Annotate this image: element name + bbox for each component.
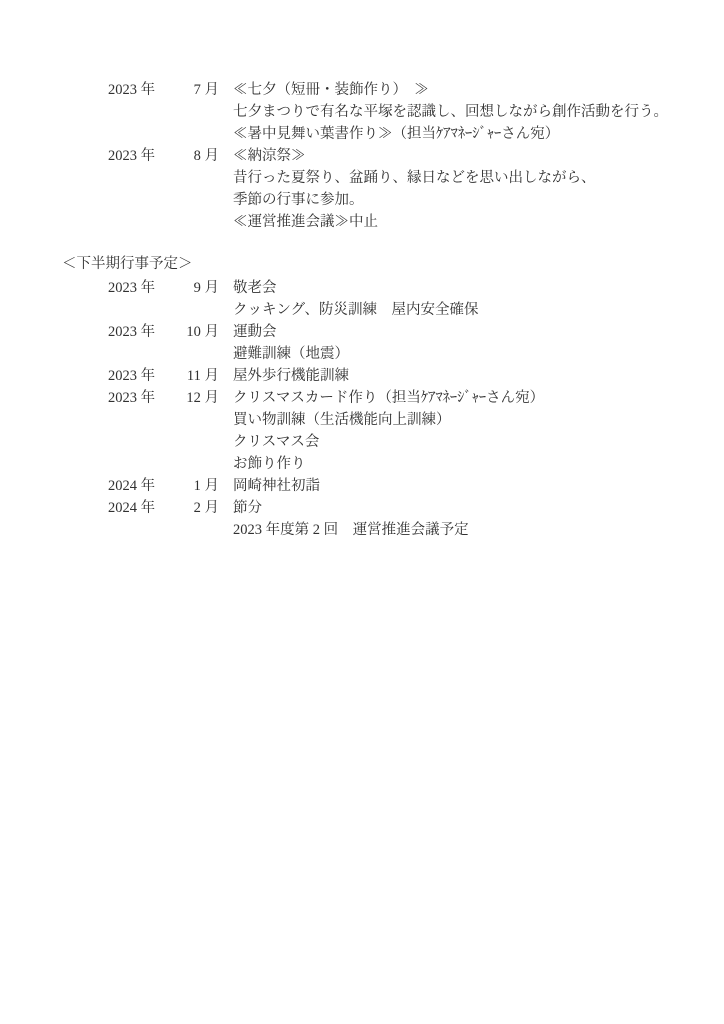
date-month: 9 月 bbox=[194, 277, 219, 299]
date-month: 12 月 bbox=[186, 387, 219, 409]
date-month: 2 月 bbox=[194, 497, 219, 519]
document-page: 2023 年 7 月 ≪七夕（短冊・装飾作り） ≫ 七夕まつりで有名な平塚を認識… bbox=[0, 0, 724, 1024]
date-year: 2023 年 bbox=[108, 321, 155, 343]
date-cell bbox=[108, 519, 233, 541]
date-cell bbox=[108, 299, 233, 321]
date-cell: 2023 年 9 月 bbox=[108, 277, 233, 299]
event-text: 岡崎神社初詣 bbox=[233, 475, 320, 497]
section-heading: ＜下半期行事予定＞ bbox=[62, 253, 193, 275]
date-cell bbox=[108, 431, 233, 453]
event-text: ≪暑中見舞い葉書作り≫（担当ｹｱﾏﾈｰｼﾞｬｰさん宛） bbox=[233, 123, 559, 145]
event-text: 2023 年度第 2 回 運営推進会議予定 bbox=[233, 519, 469, 541]
date-month: 11 月 bbox=[187, 365, 219, 387]
event-text: 運動会 bbox=[233, 321, 277, 343]
schedule-row: 季節の行事に参加。 bbox=[108, 189, 668, 211]
first-half-schedule: 2023 年 7 月 ≪七夕（短冊・装飾作り） ≫ 七夕まつりで有名な平塚を認識… bbox=[108, 79, 668, 233]
date-month: 8 月 bbox=[194, 145, 219, 167]
schedule-row: 2023 年 8 月 ≪納涼祭≫ bbox=[108, 145, 668, 167]
date-year: 2023 年 bbox=[108, 145, 155, 167]
event-text: ≪運営推進会議≫中止 bbox=[233, 211, 378, 233]
date-cell bbox=[108, 189, 233, 211]
date-cell: 2023 年 7 月 bbox=[108, 79, 233, 101]
schedule-row: 避難訓練（地震） bbox=[108, 343, 544, 365]
schedule-row: 2024 年 2 月 節分 bbox=[108, 497, 544, 519]
event-text: 七夕まつりで有名な平塚を認識し、回想しながら創作活動を行う。 bbox=[233, 101, 668, 123]
event-text: 避難訓練（地震） bbox=[233, 343, 349, 365]
date-month: 10 月 bbox=[186, 321, 219, 343]
event-text: 屋外歩行機能訓練 bbox=[233, 365, 349, 387]
date-month: 7 月 bbox=[194, 79, 219, 101]
date-cell: 2023 年 12 月 bbox=[108, 387, 233, 409]
date-year: 2023 年 bbox=[108, 277, 155, 299]
schedule-row: 2023 年 9 月 敬老会 bbox=[108, 277, 544, 299]
schedule-row: 2023 年 7 月 ≪七夕（短冊・装飾作り） ≫ bbox=[108, 79, 668, 101]
date-cell bbox=[108, 101, 233, 123]
schedule-row: 2023 年 10 月 運動会 bbox=[108, 321, 544, 343]
event-text: 季節の行事に参加。 bbox=[233, 189, 364, 211]
date-month: 1 月 bbox=[194, 475, 219, 497]
second-half-schedule: 2023 年 9 月 敬老会 クッキング、防災訓練 屋内安全確保 2023 年 … bbox=[108, 277, 544, 541]
schedule-row: 昔行った夏祭り、盆踊り、縁日などを思い出しながら、 bbox=[108, 167, 668, 189]
date-year: 2023 年 bbox=[108, 79, 155, 101]
event-text: クリスマス会 bbox=[233, 431, 319, 453]
event-text: 買い物訓練（生活機能向上訓練） bbox=[233, 409, 451, 431]
date-cell bbox=[108, 123, 233, 145]
schedule-row: 2023 年 12 月 クリスマスカード作り（担当ｹｱﾏﾈｰｼﾞｬｰさん宛） bbox=[108, 387, 544, 409]
schedule-row: 七夕まつりで有名な平塚を認識し、回想しながら創作活動を行う。 bbox=[108, 101, 668, 123]
event-text: 節分 bbox=[233, 497, 262, 519]
schedule-row: 2023 年 11 月 屋外歩行機能訓練 bbox=[108, 365, 544, 387]
date-cell: 2023 年 11 月 bbox=[108, 365, 233, 387]
schedule-row: 買い物訓練（生活機能向上訓練） bbox=[108, 409, 544, 431]
event-text: ≪納涼祭≫ bbox=[233, 145, 306, 167]
date-year: 2023 年 bbox=[108, 365, 155, 387]
schedule-row: 2024 年 1 月 岡崎神社初詣 bbox=[108, 475, 544, 497]
date-cell bbox=[108, 409, 233, 431]
date-year: 2024 年 bbox=[108, 475, 155, 497]
event-text: 昔行った夏祭り、盆踊り、縁日などを思い出しながら、 bbox=[233, 167, 596, 189]
schedule-row: ≪運営推進会議≫中止 bbox=[108, 211, 668, 233]
event-text: クッキング、防災訓練 屋内安全確保 bbox=[233, 299, 478, 321]
schedule-row: お飾り作り bbox=[108, 453, 544, 475]
date-year: 2024 年 bbox=[108, 497, 155, 519]
date-cell: 2023 年 10 月 bbox=[108, 321, 233, 343]
event-text: 敬老会 bbox=[233, 277, 277, 299]
date-year: 2023 年 bbox=[108, 387, 155, 409]
date-cell: 2023 年 8 月 bbox=[108, 145, 233, 167]
schedule-row: ≪暑中見舞い葉書作り≫（担当ｹｱﾏﾈｰｼﾞｬｰさん宛） bbox=[108, 123, 668, 145]
date-cell: 2024 年 2 月 bbox=[108, 497, 233, 519]
date-cell bbox=[108, 211, 233, 233]
date-cell: 2024 年 1 月 bbox=[108, 475, 233, 497]
date-cell bbox=[108, 343, 233, 365]
schedule-row: クッキング、防災訓練 屋内安全確保 bbox=[108, 299, 544, 321]
event-text: クリスマスカード作り（担当ｹｱﾏﾈｰｼﾞｬｰさん宛） bbox=[233, 387, 544, 409]
schedule-row: クリスマス会 bbox=[108, 431, 544, 453]
event-text: お飾り作り bbox=[233, 453, 306, 475]
date-cell bbox=[108, 453, 233, 475]
schedule-row: 2023 年度第 2 回 運営推進会議予定 bbox=[108, 519, 544, 541]
date-cell bbox=[108, 167, 233, 189]
event-text: ≪七夕（短冊・装飾作り） ≫ bbox=[233, 79, 429, 101]
